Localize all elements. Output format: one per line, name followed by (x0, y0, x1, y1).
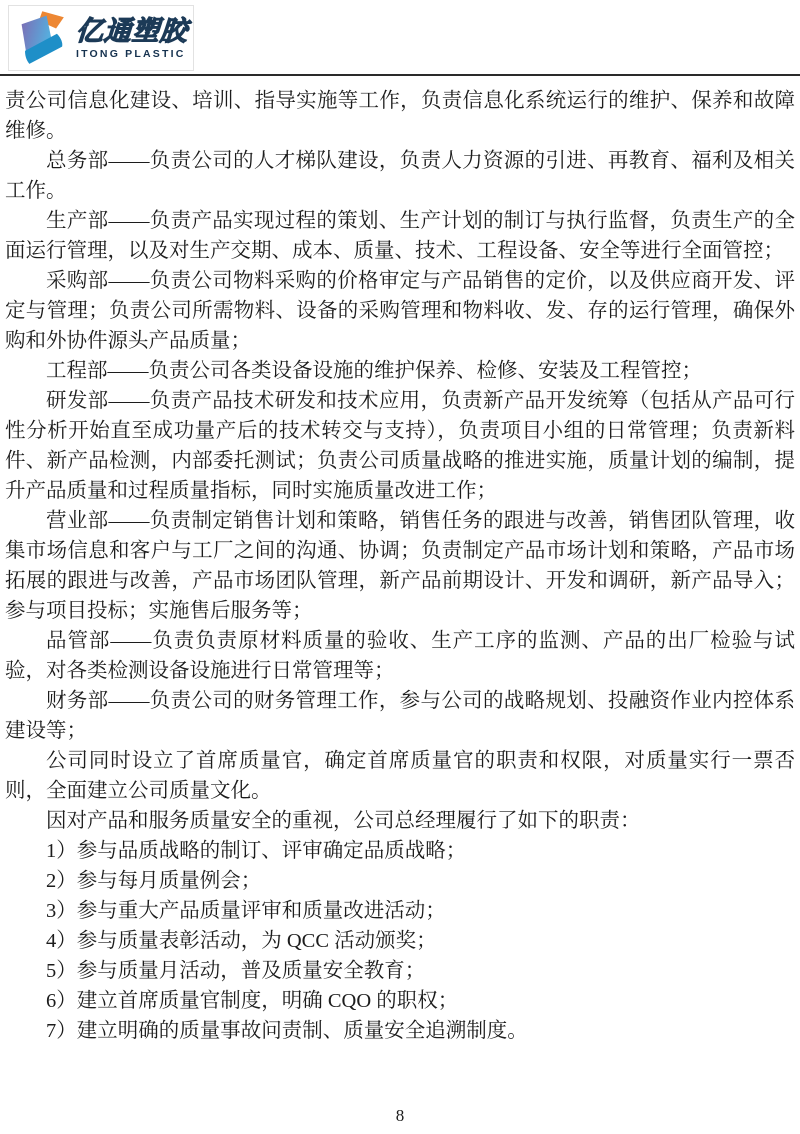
document-body: 责公司信息化建设、培训、指导实施等工作，负责信息化系统运行的维护、保养和故障维修… (0, 76, 800, 1046)
paragraph-sales-dept: 营业部——负责制定销售计划和策略，销售任务的跟进与改善，销售团队管理，收集市场信… (5, 506, 795, 626)
paragraph-purchasing-dept: 采购部——负责公司物料采购的价格审定与产品销售的定价，以及供应商开发、评定与管理… (5, 266, 795, 356)
logo-chinese-name: 亿通塑胶 (75, 16, 189, 46)
paragraph-chief-quality-officer: 公司同时设立了首席质量官，确定首席质量官的职责和权限，对质量实行一票否则，全面建… (5, 746, 795, 806)
itong-logo-icon (19, 9, 69, 67)
numbered-item: 6）建立首席质量官制度，明确 CQO 的职权； (5, 986, 795, 1016)
numbered-item: 7）建立明确的质量事故问责制、质量安全追溯制度。 (5, 1016, 795, 1046)
paragraph-production-dept: 生产部——负责产品实现过程的策划、生产计划的制订与执行监督，负责生产的全面运行管… (5, 206, 795, 266)
paragraph-continuation: 责公司信息化建设、培训、指导实施等工作，负责信息化系统运行的维护、保养和故障维修… (5, 86, 795, 146)
logo-text-block: 亿通塑胶 ITONG PLASTIC (76, 16, 188, 60)
paragraph-rnd-dept: 研发部——负责产品技术研发和技术应用，负责新产品开发统筹（包括从产品可行性分析开… (5, 386, 795, 506)
numbered-item: 3）参与重大产品质量评审和质量改进活动； (5, 896, 795, 926)
document-page: 亿通塑胶 ITONG PLASTIC 责公司信息化建设、培训、指导实施等工作，负… (0, 0, 800, 1134)
paragraph-general-affairs-dept: 总务部——负责公司的人才梯队建设，负责人力资源的引进、再教育、福利及相关工作。 (5, 146, 795, 206)
paragraph-gm-duties-intro: 因对产品和服务质量安全的重视，公司总经理履行了如下的职责： (5, 806, 795, 836)
logo-english-name: ITONG PLASTIC (76, 48, 188, 60)
numbered-item: 1）参与品质战略的制订、评审确定品质战略； (5, 836, 795, 866)
page-footer: 8 (0, 1106, 800, 1126)
company-logo: 亿通塑胶 ITONG PLASTIC (8, 5, 194, 71)
numbered-item: 2）参与每月质量例会； (5, 866, 795, 896)
page-header: 亿通塑胶 ITONG PLASTIC (0, 0, 800, 76)
numbered-item: 5）参与质量月活动，普及质量安全教育； (5, 956, 795, 986)
numbered-item: 4）参与质量表彰活动，为 QCC 活动颁奖； (5, 926, 795, 956)
page-number: 8 (396, 1106, 405, 1125)
paragraph-engineering-dept: 工程部——负责公司各类设备设施的维护保养、检修、安装及工程管控； (5, 356, 795, 386)
paragraph-finance-dept: 财务部——负责公司的财务管理工作，参与公司的战略规划、投融资作业内控体系建设等； (5, 686, 795, 746)
paragraph-quality-dept: 品管部——负责负责原材料质量的验收、生产工序的监测、产品的出厂检验与试验，对各类… (5, 626, 795, 686)
